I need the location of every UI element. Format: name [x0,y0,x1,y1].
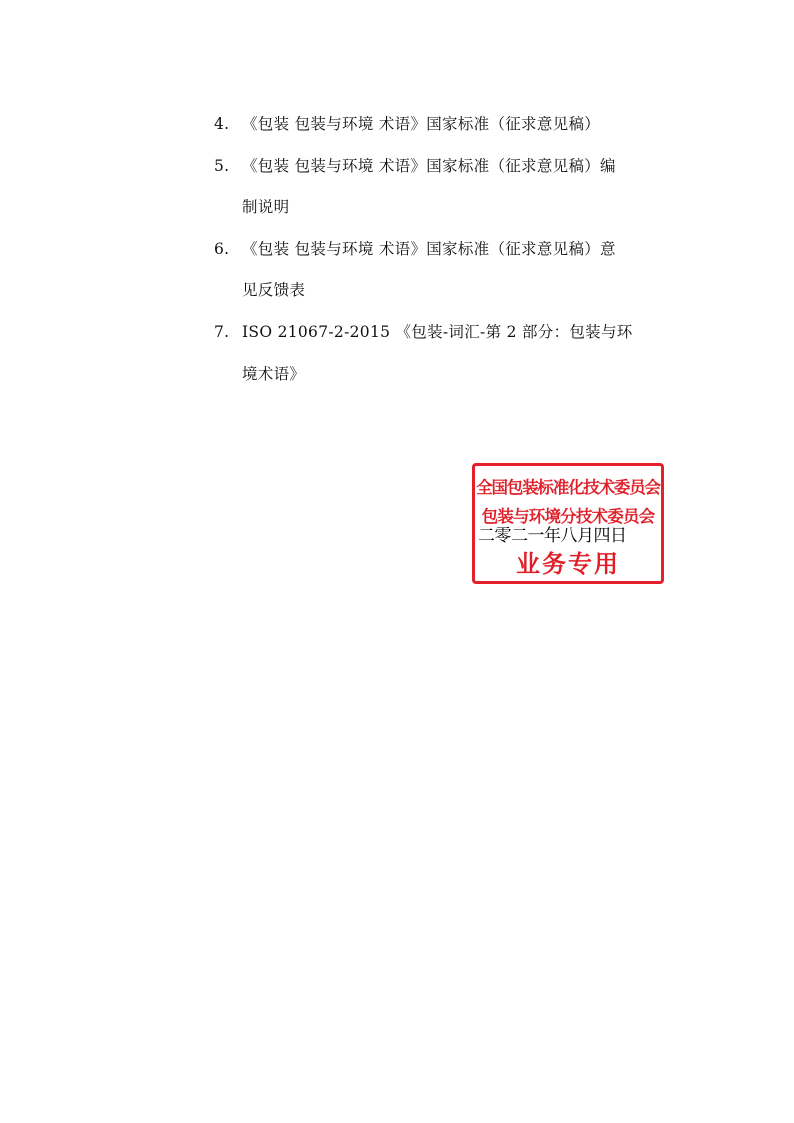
document-page: 4. 《包装 包装与环境 术语》国家标准（征求意见稿） 5. 《包装 包装与环境… [0,0,794,1123]
attachment-item-5: 5. 《包装 包装与环境 术语》国家标准（征求意见稿）编 制说明 [214,146,676,229]
item-text: 《包装 包装与环境 术语》国家标准（征求意见稿）编 [242,146,676,188]
item-text-continued: 境术语》 [242,354,676,396]
item-text-continued: 制说明 [242,187,676,229]
item-number: 7. [214,312,240,354]
attachment-item-4: 4. 《包装 包装与环境 术语》国家标准（征求意见稿） [214,104,676,146]
attachment-item-6: 6. 《包装 包装与环境 术语》国家标准（征求意见稿）意 见反馈表 [214,229,676,312]
item-text-continued: 见反馈表 [242,270,676,312]
item-text: ISO 21067-2-2015 《包装-词汇-第 2 部分：包装与环 [242,312,676,354]
item-text: 《包装 包装与环境 术语》国家标准（征求意见稿） [242,104,676,146]
item-number: 6. [214,229,240,271]
signature-date: 二零二一年八月四日 [478,521,627,546]
item-number: 5. [214,146,240,188]
stamp-committee-name: 全国包装标准化技术委员会 [475,474,661,498]
item-number: 4. [214,104,240,146]
stamp-business-use: 业务专用 [475,544,661,579]
attachment-item-7: 7. ISO 21067-2-2015 《包装-词汇-第 2 部分：包装与环 境… [214,312,676,395]
attachment-list: 4. 《包装 包装与环境 术语》国家标准（征求意见稿） 5. 《包装 包装与环境… [214,104,676,395]
item-text: 《包装 包装与环境 术语》国家标准（征求意见稿）意 [242,229,676,271]
